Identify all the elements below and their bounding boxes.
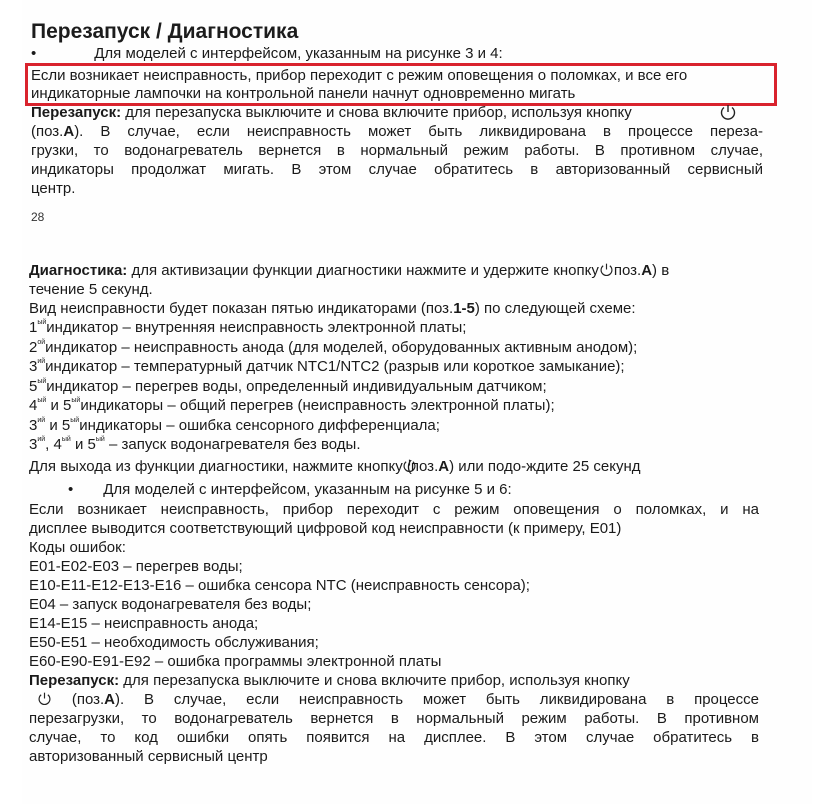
indicator-item: 3ийиндикатор – температурный датчик NTC1… xyxy=(29,358,625,376)
bullet-text: Для моделей с интерфейсом, указанным на … xyxy=(103,481,511,498)
restart2-line-1: Перезапуск: для перезапуска выключите и … xyxy=(29,672,630,690)
restart2-line-4: случае, то код ошибки опять появится на … xyxy=(29,729,759,747)
restart2-line-2: (поз.A). В случае, если неисправность мо… xyxy=(29,691,759,709)
codes-heading: Коды ошибок: xyxy=(29,539,126,557)
bullet-text: Для моделей с интерфейсом, указанным на … xyxy=(94,45,502,62)
indicator-item: 3ий и 5ыйиндикаторы – ошибка сенсорного … xyxy=(29,417,440,435)
restart-paragraph-line-2: (поз.A). В случае, если неисправность мо… xyxy=(31,123,763,141)
error-code-item: E01-E02-E03 – перегрев воды; xyxy=(29,558,243,576)
error-code-item: E10-E11-E12-E13-E16 – ошибка сенсора NTC… xyxy=(29,577,530,595)
restart-label: Перезапуск: xyxy=(29,672,119,689)
bullet-item-models-3-4: •Для моделей с интерфейсом, указанным на… xyxy=(31,45,503,63)
error-code-item: E50-E51 – необходимость обслуживания; xyxy=(29,634,319,652)
diagnostics-line-3: Вид неисправности будет показан пятью ин… xyxy=(29,300,636,318)
indicator-item: 1ыйиндикатор – внутренняя неисправность … xyxy=(29,319,466,337)
fault-line-2: дисплее выводится соответствующий цифров… xyxy=(29,520,621,538)
page-number: 28 xyxy=(31,210,44,224)
error-code-item: E60-E90-E91-E92 – ошибка программы элект… xyxy=(29,653,441,671)
bullet-glyph: • xyxy=(68,481,73,498)
restart-paragraph-line-4: индикаторы продолжат мигать. В этом случ… xyxy=(31,161,763,179)
bullet-glyph: • xyxy=(31,45,36,62)
diagnostics-label: Диагностика: xyxy=(29,262,127,279)
highlight-line-1: Если возникает неисправность, прибор пер… xyxy=(31,67,687,85)
restart2-line-5: авторизованный сервисный центр xyxy=(29,748,268,766)
page-title: Перезапуск / Диагностика xyxy=(31,20,298,44)
restart2-line-3: перезагрузки, то водонагреватель вернетс… xyxy=(29,710,759,728)
diagnostics-line-1: Диагностика: для активизации функции диа… xyxy=(29,262,669,280)
error-code-item: E14-E15 – неисправность анода; xyxy=(29,615,258,633)
diagnostics-line-2: течение 5 секунд. xyxy=(29,281,153,299)
indicator-item: 4ый и 5ыйиндикаторы – общий перегрев (не… xyxy=(29,397,555,415)
restart-label: Перезапуск: xyxy=(31,104,121,121)
restart-paragraph-line-3: грузки, то водонагреватель вернется в но… xyxy=(31,142,763,160)
power-button-icon xyxy=(37,691,52,706)
exit-diagnostics-line: Для выхода из функции диагностики, нажми… xyxy=(29,458,640,476)
highlight-line-2: индикаторные лампочки на контрольной пан… xyxy=(31,85,575,103)
bullet-item-models-5-6: •Для моделей с интерфейсом, указанным на… xyxy=(68,481,512,499)
indicator-item: 2ойиндикатор – неисправность анода (для … xyxy=(29,339,637,357)
restart-paragraph-line-5: центр. xyxy=(31,180,75,198)
restart-paragraph-line-1: Перезапуск: для перезапуска выключите и … xyxy=(31,104,632,122)
power-button-icon xyxy=(599,262,614,277)
indicator-item: 5ыйиндикатор – перегрев воды, определенн… xyxy=(29,378,547,396)
restart-text: для перезапуска выключите и снова включи… xyxy=(121,104,632,121)
error-code-item: E04 – запуск водонагревателя без воды; xyxy=(29,596,311,614)
power-button-icon xyxy=(719,103,737,121)
indicator-item: 3ий, 4ый и 5ый – запуск водонагревателя … xyxy=(29,436,361,454)
fault-line-1: Если возникает неисправность, прибор пер… xyxy=(29,501,759,519)
